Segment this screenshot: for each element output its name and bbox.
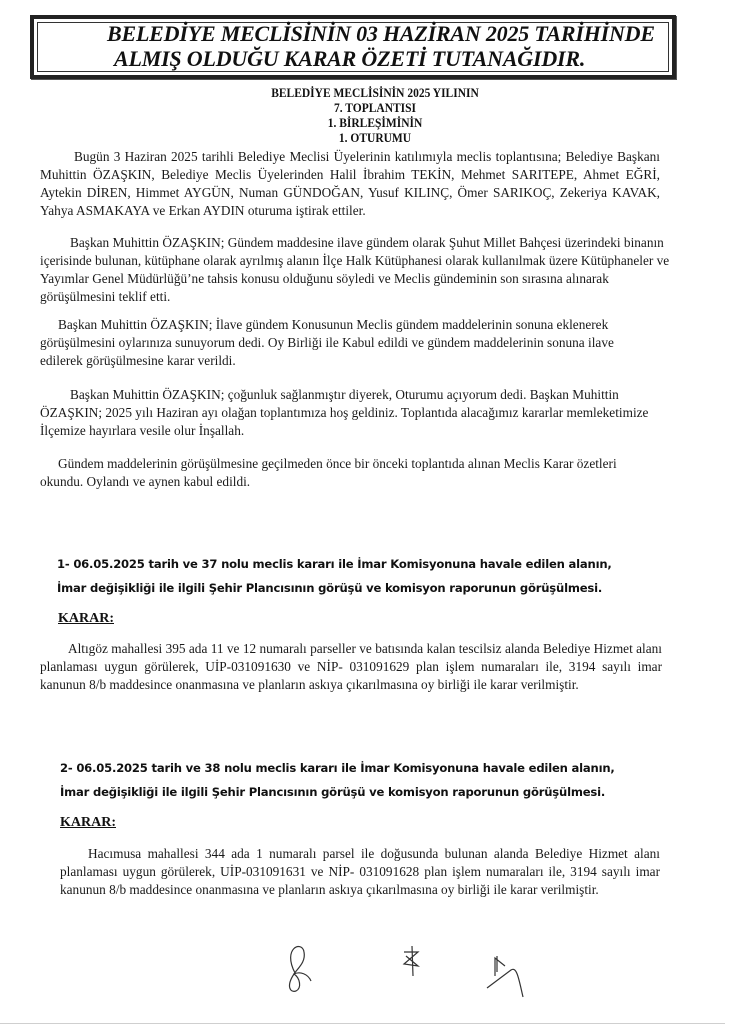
subheading-assembly: 1. BİRLEŞİMİNİN (30, 116, 720, 131)
opening-text: Başkan Muhittin ÖZAŞKIN; çoğunluk sağlan… (40, 387, 648, 438)
subheading-meeting: 7. TOPLANTISI (30, 101, 720, 116)
vote-text: Başkan Muhittin ÖZAŞKIN; İlave gündem Ko… (40, 317, 614, 368)
document-title-box: BELEDİYE MECLİSİNİN 03 HAZİRAN 2025 TARİ… (30, 15, 676, 79)
attendance-paragraph: Bugün 3 Haziran 2025 tarihli Belediye Me… (40, 148, 660, 220)
agenda-item-1-karar-text: Altıgöz mahallesi 395 ada 11 ve 12 numar… (40, 641, 662, 692)
attendance-text: Bugün 3 Haziran 2025 tarihli Belediye Me… (40, 149, 660, 218)
document-title-line-1: BELEDİYE MECLİSİNİN 03 HAZİRAN 2025 TARİ… (107, 21, 655, 47)
document-title-line-2: ALMIŞ OLDUĞU KARAR ÖZETİ TUTANAĞIDIR. (114, 46, 585, 72)
signature-3 (483, 950, 528, 1000)
agenda-item-1-heading: 1- 06.05.2025 tarih ve 37 nolu meclis ka… (57, 552, 632, 600)
subheading-session: 1. OTURUMU (30, 131, 720, 146)
additional-agenda-text: Başkan Muhittin ÖZAŞKIN; Gündem maddesin… (40, 235, 669, 304)
agenda-item-1-karar-label: KARAR: (58, 611, 114, 627)
agenda-item-2-karar: Hacımusa mahallesi 344 ada 1 numaralı pa… (60, 845, 660, 899)
agenda-item-2-karar-label: KARAR: (60, 815, 116, 831)
agenda-item-2-heading: 2- 06.05.2025 tarih ve 38 nolu meclis ka… (60, 756, 635, 804)
vote-paragraph: Başkan Muhittin ÖZAŞKIN; İlave gündem Ko… (40, 316, 652, 370)
minutes-approval-text: Gündem maddelerinin görüşülmesine geçilm… (40, 456, 617, 489)
signature-1 (280, 938, 320, 998)
additional-agenda-paragraph: Başkan Muhittin ÖZAŞKIN; Gündem maddesin… (40, 234, 670, 306)
minutes-approval-paragraph: Gündem maddelerinin görüşülmesine geçilm… (40, 455, 640, 491)
signature-2 (398, 942, 428, 982)
subheading-year: BELEDİYE MECLİSİNİN 2025 YILININ (30, 86, 720, 101)
opening-paragraph: Başkan Muhittin ÖZAŞKIN; çoğunluk sağlan… (40, 386, 665, 440)
bottom-rule (0, 1023, 725, 1024)
agenda-item-1-karar: Altıgöz mahallesi 395 ada 11 ve 12 numar… (40, 640, 662, 694)
agenda-item-2-karar-text: Hacımusa mahallesi 344 ada 1 numaralı pa… (60, 846, 660, 897)
